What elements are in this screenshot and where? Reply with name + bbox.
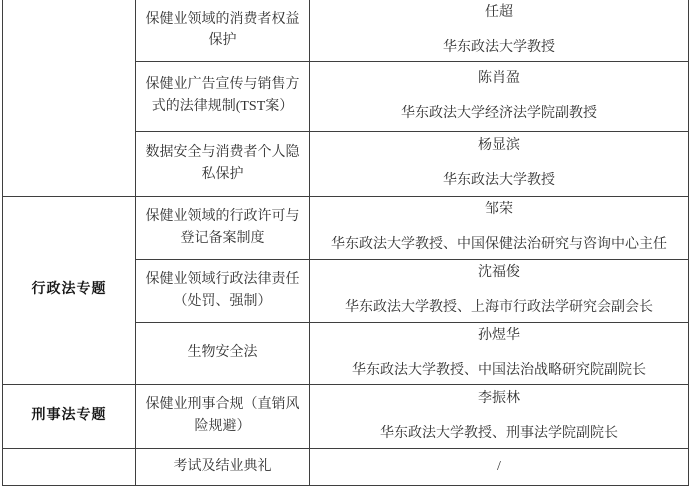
topic-cell: 考试及结业典礼 [136, 448, 310, 485]
lecturer-affiliation: 华东政法大学教授、中国保健法治研究与咨询中心主任 [316, 234, 682, 256]
lecturer-affiliation: 华东政法大学经济法学院副教授 [316, 103, 682, 125]
topic-cell: 保健业领域行政法律责任（处罚、强制） [136, 259, 310, 322]
topic-cell: 保健业刑事合规（直销风险规避） [136, 384, 310, 448]
lecturer-cell: 陈肖盈 华东政法大学经济法学院副教授 [310, 61, 689, 131]
lecturer-cell: 孙煜华 华东政法大学教授、中国法治战略研究院副院长 [310, 322, 689, 384]
lecturer-cell: 李振林 华东政法大学教授、刑事法学院副院长 [310, 384, 689, 448]
lecturer-affiliation: 华东政法大学教授、刑事法学院副院长 [316, 423, 682, 445]
lecturer-cell: 杨显滨 华东政法大学教授 [310, 131, 689, 196]
lecturer-affiliation: 华东政法大学教授、上海市行政法学研究会副会长 [316, 297, 682, 319]
lecturer-name: 邹荣 [316, 199, 682, 221]
lecturer-cell: / [310, 448, 689, 485]
table-row: 刑事法专题 保健业刑事合规（直销风险规避） 李振林 华东政法大学教授、刑事法学院… [3, 384, 689, 448]
lecturer-name: 李振林 [316, 388, 682, 410]
lecturer-name: 陈肖盈 [316, 68, 682, 90]
course-schedule-table: 保健业领域的消费者权益保护 任超 华东政法大学教授 保健业广告宣传与销售方式的法… [2, 0, 689, 486]
lecturer-name: 杨显滨 [316, 135, 682, 157]
category-cell-empty-top [3, 0, 136, 196]
lecturer-cell: 邹荣 华东政法大学教授、中国保健法治研究与咨询中心主任 [310, 196, 689, 259]
lecturer-name: 任超 [316, 2, 682, 24]
topic-cell: 保健业领域的消费者权益保护 [136, 0, 310, 61]
lecturer-affiliation: 华东政法大学教授 [316, 170, 682, 192]
category-cell-administrative-law: 行政法专题 [3, 196, 136, 384]
lecturer-name: 沈福俊 [316, 262, 682, 284]
table-row: 行政法专题 保健业领域的行政许可与登记备案制度 邹荣 华东政法大学教授、中国保健… [3, 196, 689, 259]
topic-cell: 生物安全法 [136, 322, 310, 384]
table-row: 保健业领域的消费者权益保护 任超 华东政法大学教授 [3, 0, 689, 61]
lecturer-name: 孙煜华 [316, 325, 682, 347]
lecturer-cell: 任超 华东政法大学教授 [310, 0, 689, 61]
category-cell-criminal-law: 刑事法专题 [3, 384, 136, 448]
lecturer-affiliation: 华东政法大学教授、中国法治战略研究院副院长 [316, 360, 682, 382]
page: 保健业领域的消费者权益保护 任超 华东政法大学教授 保健业广告宣传与销售方式的法… [0, 0, 693, 488]
lecturer-affiliation: 华东政法大学教授 [316, 37, 682, 59]
category-cell-empty-bottom [3, 448, 136, 485]
lecturer-cell: 沈福俊 华东政法大学教授、上海市行政法学研究会副会长 [310, 259, 689, 322]
topic-cell: 保健业广告宣传与销售方式的法律规制(TST案） [136, 61, 310, 131]
topic-cell: 数据安全与消费者个人隐私保护 [136, 131, 310, 196]
topic-cell: 保健业领域的行政许可与登记备案制度 [136, 196, 310, 259]
table-row: 考试及结业典礼 / [3, 448, 689, 485]
